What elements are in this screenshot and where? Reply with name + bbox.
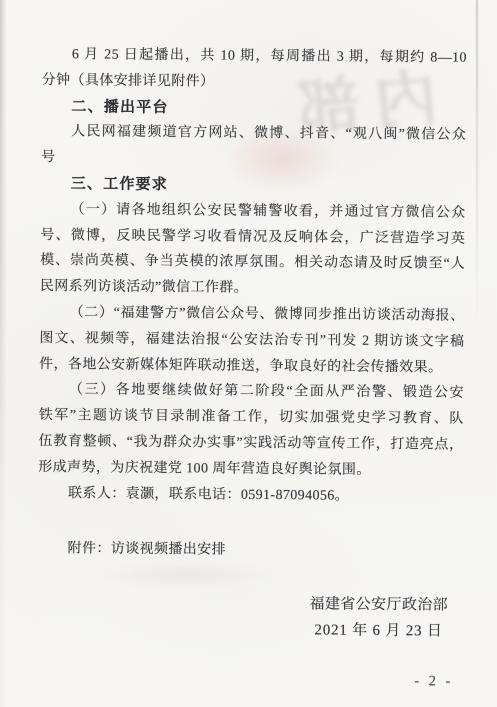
signature-block: 福建省公安厅政治部 2021 年 6 月 23 日 [309, 592, 448, 645]
attachment-line: 附件：访谈视频播出安排 [37, 536, 462, 566]
body-line: （二）“福建警方”微信公众号、微博同步推出访谈活动海报、 [40, 300, 465, 330]
body-line: 分钟（具体安排详见附件） [42, 68, 467, 98]
signature-date: 2021 年 6 月 23 日 [309, 618, 448, 645]
body-line: 形成声势，为庆祝建党 100 周年营造良好舆论氛围。 [38, 455, 463, 485]
body-line: 铁军”主题访谈节目录制准备工作，切实加强党史学习教育、队 [39, 403, 464, 433]
body-line: 号 [41, 145, 466, 175]
page-number: - 2 - [36, 666, 453, 695]
body-line: 6 月 25 日起播出，共 10 期，每周播出 3 期，每期约 8—10 [42, 42, 467, 72]
body-line: 人民网福建频道官方网站、微博、抖音、“观八闽”微信公众 [41, 119, 466, 149]
body-line: 伍教育整顿、“我为群众办实事”实践活动等宣传工作，打造亮点， [38, 429, 463, 459]
signature-org: 福建省公安厅政治部 [309, 592, 448, 619]
section-heading-requirements: 三、工作要求 [41, 171, 466, 201]
body-line: 模、崇尚英模、争当英模的浓厚氛围。相关动态请及时反馈至“人 [40, 248, 465, 278]
scanned-page: 内部 6 月 25 日起播出，共 10 期，每周播出 3 期，每期约 8—10 … [0, 0, 497, 707]
section-heading-platforms: 二、播出平台 [41, 94, 466, 124]
page-edge-line-right [476, 0, 478, 330]
body-line: 件，各地公安新媒体矩阵联动推送，争取良好的社会传播效果。 [39, 352, 464, 382]
document-body: 6 月 25 日起播出，共 10 期，每周播出 3 期，每期约 8—10 分钟（… [36, 42, 467, 695]
body-line: 民网系列访谈活动”微信工作群。 [40, 274, 465, 304]
body-line: （一）请各地组织公安民警辅警收看，并通过官方微信公众 [40, 197, 465, 227]
body-line: 号、微博，反映民警学习收看情况及反响体会，广泛营造学习英 [40, 223, 465, 253]
body-line: 图文、视频等，福建法治报“公安法治专刊”刊发 2 期访谈文字稿 [39, 326, 464, 356]
page-edge-shadow-left [0, 0, 9, 707]
contact-line: 联系人：袁灏，联系电话：0591-87094056。 [38, 481, 463, 511]
body-line: （三）各地要继续做好第二阶段“全面从严治警、锻造公安 [39, 377, 464, 407]
